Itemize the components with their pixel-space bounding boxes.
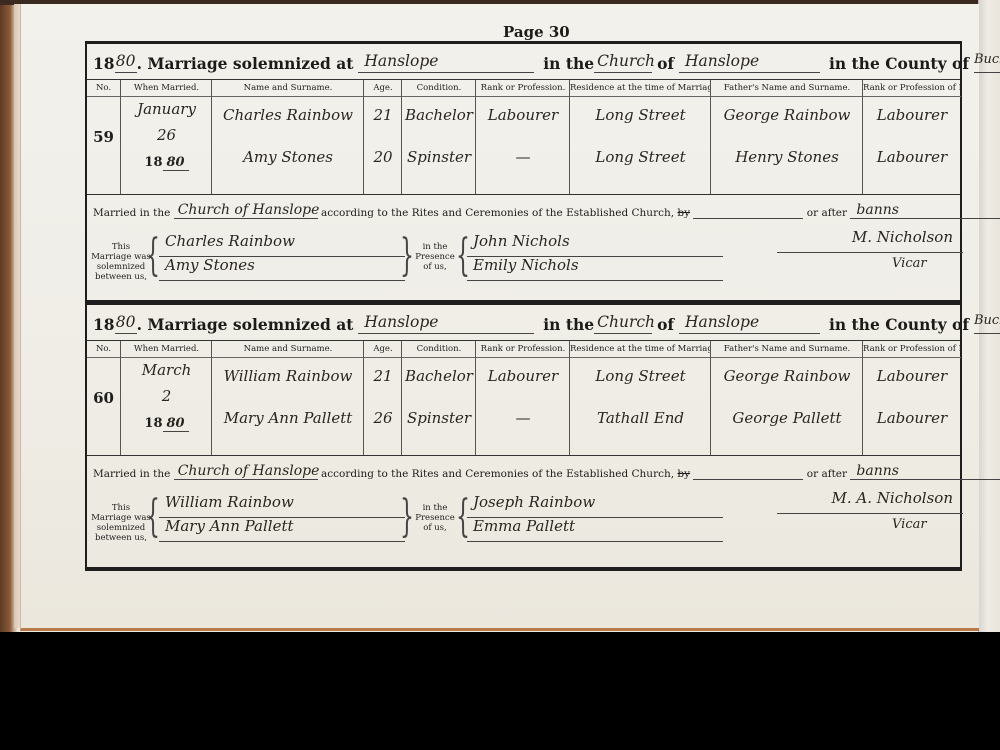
column-condition: Condition.Bachelor Spinster [401,80,476,194]
entry-table: No.60 When Married.March 2 1880 Name and… [87,340,960,456]
column-name: Name and Surname.Charles Rainbow Amy Sto… [211,80,364,194]
county-label: in the County of [829,315,969,334]
column-header: Condition. [402,341,476,358]
entry-heading: 1880. Marriage solemnized at Hanslope in… [93,313,953,334]
according-label: according to the Rites and Ceremonies of… [321,207,674,219]
witness-1-signature: Joseph Rainbow [467,493,723,518]
groom-father-rank: Labourer [863,106,961,124]
column-rank: Rank or Profession.Labourer — [475,80,570,194]
in-the-label: in the [543,54,594,73]
column-header: Rank or Profession of Father. [863,341,961,358]
year-suffix: 80 [163,416,189,432]
by-struck-label: by [677,207,690,219]
column-header: No. [87,80,120,97]
column-condition: Condition.Bachelor Spinster [401,341,476,455]
church-place-field: Hanslope [679,52,820,73]
marriage-entry: 1880. Marriage solemnized at Hanslope in… [85,302,962,571]
column-no: No.60 [87,341,120,455]
after-field: banns [850,202,1000,219]
bride-age: 26 [364,409,402,427]
year-suffix: 80 [115,313,137,334]
entry-number: 60 [87,389,120,407]
black-letterbox [0,632,1000,750]
page-number: Page 30 [503,23,570,41]
married-in-field: Church of Hanslope [174,202,318,219]
or-after-label: or after [807,207,847,219]
column-residence: Residence at the time of Marriage.Long S… [569,341,711,455]
church-type-field: Church [594,52,652,73]
of-label: of [657,54,674,73]
column-age: Age.21 26 [363,341,402,455]
married-in-field: Church of Hanslope [174,463,318,480]
year-suffix: 80 [115,52,137,73]
or-after-label: or after [807,468,847,480]
right-brace: } [400,234,414,278]
bride-residence: Long Street [570,148,711,166]
bride-signature: Mary Ann Pallett [159,517,405,542]
year-prefix: 18 [144,416,162,431]
this-marriage-label: This Marriage was solemnized between us, [91,503,151,543]
column-header: Name and Surname. [212,80,364,97]
groom-father: George Rainbow [711,106,863,124]
bride-name: Mary Ann Pallett [212,409,364,427]
column-name: Name and Surname.William Rainbow Mary An… [211,341,364,455]
column-header: Condition. [402,80,476,97]
groom-rank: Labourer [476,106,570,124]
column-no: No.59 [87,80,120,194]
column-header: Age. [364,80,402,97]
year-prefix: 18 [144,155,162,170]
column-father: Father's Name and Surname.George Rainbow… [710,80,863,194]
bride-signature: Amy Stones [159,256,405,281]
column-header: Father's Name and Surname. [711,80,863,97]
column-header: Name and Surname. [212,341,364,358]
groom-age: 21 [364,106,402,124]
column-header: Residence at the time of Marriage. [570,80,711,97]
groom-rank: Labourer [476,367,570,385]
column-when: When Married.March 2 1880 [120,341,212,455]
page-number-value: 30 [549,23,570,41]
groom-signature: William Rainbow [159,493,405,518]
church-place-field: Hanslope [679,313,820,334]
groom-father-rank: Labourer [863,367,961,385]
by-licence-field [693,463,803,480]
column-age: Age.21 20 [363,80,402,194]
bride-father: Henry Stones [711,148,863,166]
witness-2-signature: Emma Pallett [467,517,723,542]
bride-condition: Spinster [402,148,476,166]
marriage-entry: 1880. Marriage solemnized at Hanslope in… [85,41,962,302]
officiant-title: Vicar [892,517,927,532]
after-field: banns [850,463,1000,480]
married-year: 1880 [121,416,212,431]
by-licence-field [693,202,803,219]
place-field: Hanslope [358,52,534,73]
married-in-line: Married in the Church of Hanslope accord… [93,463,953,480]
county-field: Buckingham [974,313,1000,334]
bride-age: 20 [364,148,402,166]
signature-block: This Marriage was solemnized between us,… [87,493,960,549]
column-father: Father's Name and Surname.George Rainbow… [710,341,863,455]
entry-number: 59 [87,128,120,146]
bride-condition: Spinster [402,409,476,427]
page-label: Page [503,23,544,41]
column-header: Father's Name and Surname. [711,341,863,358]
bride-name: Amy Stones [212,148,364,166]
left-brace: { [146,234,160,278]
groom-father: George Rainbow [711,367,863,385]
bride-rank: — [476,148,570,166]
groom-age: 21 [364,367,402,385]
column-residence: Residence at the time of Marriage.Long S… [569,80,711,194]
entry-heading: 1880. Marriage solemnized at Hanslope in… [93,52,953,73]
column-header: Rank or Profession. [476,341,570,358]
column-when: When Married.January 26 1880 [120,80,212,194]
column-header: When Married. [121,341,212,358]
bride-father-rank: Labourer [863,148,961,166]
according-label: according to the Rites and Ceremonies of… [321,468,674,480]
church-type-field: Church [594,313,652,334]
solemnized-label: . Marriage solemnized at [137,315,354,334]
in-the-label: in the [543,315,594,334]
year-prefix: 18 [93,54,115,73]
presence-label: in the Presence of us, [413,242,457,272]
county-label: in the County of [829,54,969,73]
column-rank: Rank or Profession.Labourer — [475,341,570,455]
married-in-label: Married in the [93,207,170,219]
officiant-signature: M. A. Nicholson [777,489,963,514]
bride-residence: Tathall End [570,409,711,427]
groom-name: Charles Rainbow [212,106,364,124]
column-header: Age. [364,341,402,358]
year-prefix: 18 [93,315,115,334]
officiant-signature: M. Nicholson [777,228,963,253]
right-brace: } [400,495,414,539]
officiant-title: Vicar [892,256,927,271]
county-field: Buckingham [974,52,1000,73]
column-header: When Married. [121,80,212,97]
bride-rank: — [476,409,570,427]
year-suffix: 80 [163,155,189,171]
married-month: January [121,100,212,118]
presence-label: in the Presence of us, [413,503,457,533]
groom-condition: Bachelor [402,106,476,124]
witness-1-signature: John Nichols [467,232,723,257]
groom-signature: Charles Rainbow [159,232,405,257]
entry-table: No.59 When Married.January 26 1880 Name … [87,79,960,195]
married-day: 2 [121,387,212,405]
left-brace: { [146,495,160,539]
married-day: 26 [121,126,212,144]
of-label: of [657,315,674,334]
groom-condition: Bachelor [402,367,476,385]
bride-father: George Pallett [711,409,863,427]
groom-residence: Long Street [570,106,711,124]
groom-name: William Rainbow [212,367,364,385]
married-in-line: Married in the Church of Hanslope accord… [93,202,953,219]
column-header: Rank or Profession. [476,80,570,97]
by-struck-label: by [677,468,690,480]
bride-father-rank: Labourer [863,409,961,427]
groom-residence: Long Street [570,367,711,385]
solemnized-label: . Marriage solemnized at [137,54,354,73]
witness-2-signature: Emily Nichols [467,256,723,281]
married-month: March [121,361,212,379]
this-marriage-label: This Marriage was solemnized between us, [91,242,151,282]
place-field: Hanslope [358,313,534,334]
married-year: 1880 [121,155,212,170]
column-header: No. [87,341,120,358]
column-father-rank: Rank or Profession of Father.Labourer La… [862,80,961,194]
signature-block: This Marriage was solemnized between us,… [87,232,960,288]
column-header: Rank or Profession of Father. [863,80,961,97]
column-header: Residence at the time of Marriage. [570,341,711,358]
column-father-rank: Rank or Profession of Father.Labourer La… [862,341,961,455]
married-in-label: Married in the [93,468,170,480]
